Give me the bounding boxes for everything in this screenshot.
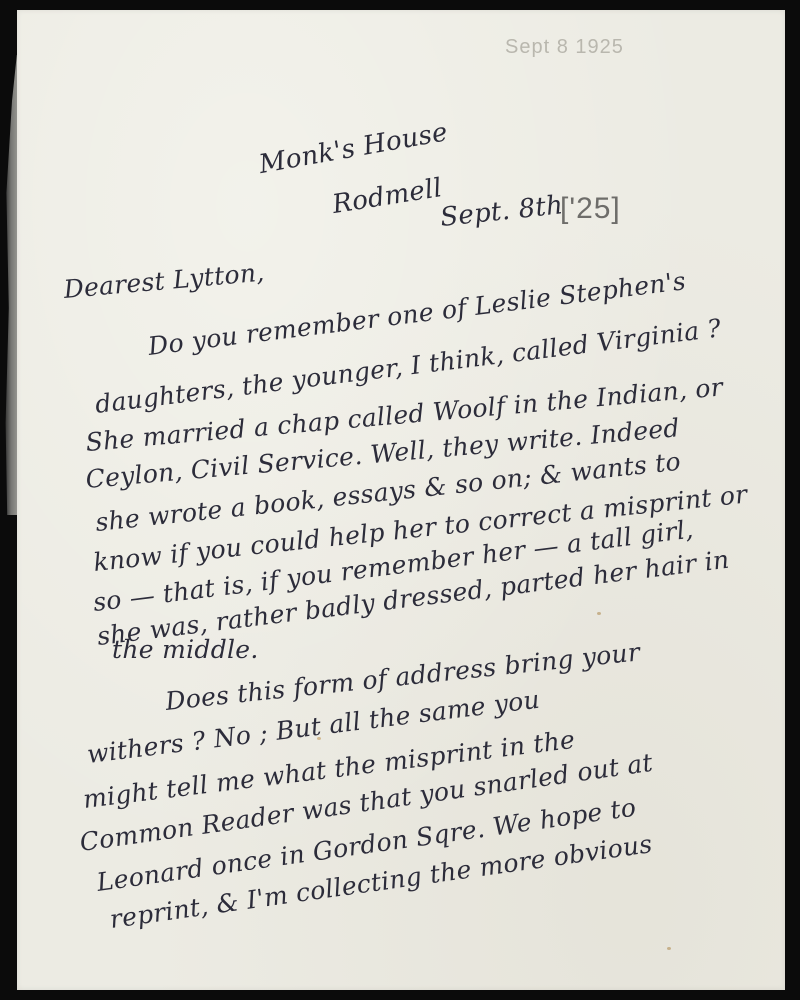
archival-date-annotation: Sept 8 1925 <box>505 36 624 59</box>
paper-speck <box>597 612 601 615</box>
salutation: Dearest Lytton, <box>62 258 265 304</box>
letter-page: Sept 8 1925 Monk's House Rodmell Sept. 8… <box>17 10 785 990</box>
paper-speck <box>667 947 671 950</box>
letter-date: Sept. 8th <box>439 190 565 233</box>
bracketed-year-annotation: ['25] <box>560 192 621 226</box>
scanned-letter: Sept 8 1925 Monk's House Rodmell Sept. 8… <box>0 0 800 1000</box>
address-line-1: Monk's House <box>257 117 450 180</box>
address-line-2: Rodmell <box>330 173 444 220</box>
paper-speck <box>317 737 321 740</box>
body-line: the middle. <box>112 635 259 664</box>
